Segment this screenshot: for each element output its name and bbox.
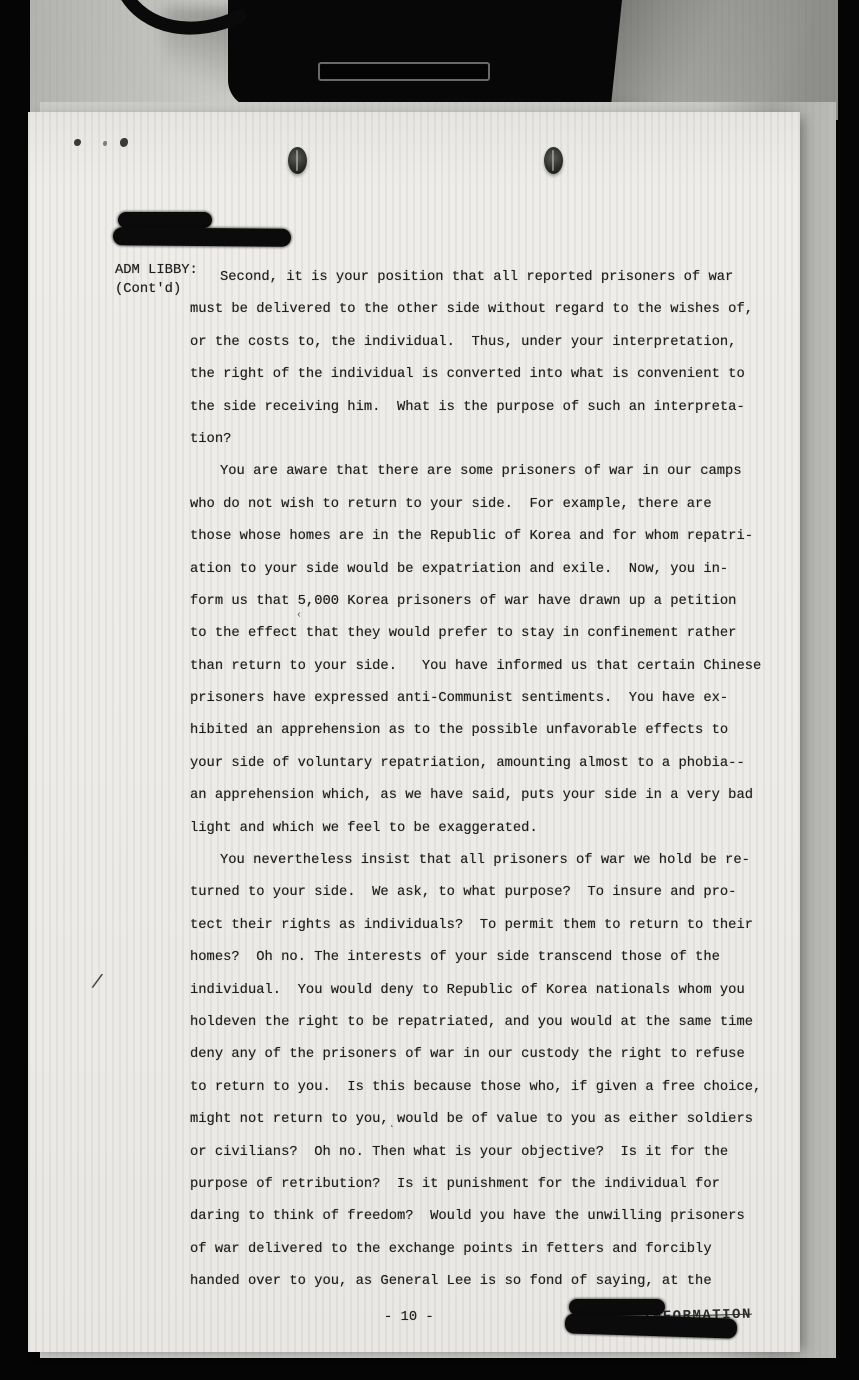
typed-line: prisoners have expressed anti-Communist … xyxy=(190,683,790,715)
redaction-bar-top-2 xyxy=(113,227,291,247)
typed-line: the side receiving him. What is the purp… xyxy=(190,392,790,424)
typed-line: those whose homes are in the Republic of… xyxy=(190,521,790,553)
typed-paragraph: You nevertheless insist that all prisone… xyxy=(190,845,790,1298)
stray-mark: ‹ xyxy=(296,610,302,621)
typed-line: light and which we feel to be exaggerate… xyxy=(190,813,790,845)
typed-line: homes? Oh no. The interests of your side… xyxy=(190,942,790,974)
speaker-continued: (Cont'd) xyxy=(115,282,181,297)
typed-line: to return to you. Is this because those … xyxy=(190,1072,790,1104)
typed-line: of war delivered to the exchange points … xyxy=(190,1234,790,1266)
machine-handle-slot xyxy=(318,62,490,81)
typed-line: must be delivered to the other side with… xyxy=(190,294,790,326)
machine-silhouette xyxy=(228,0,568,108)
stray-mark: ˛ xyxy=(389,1118,395,1129)
typed-line: the right of the individual is converted… xyxy=(190,359,790,391)
page-number: - 10 - xyxy=(384,1310,434,1325)
typed-line: might not return to you, would be of val… xyxy=(190,1104,790,1136)
typed-line: or civilians? Oh no. Then what is your o… xyxy=(190,1137,790,1169)
machine-cable xyxy=(110,0,260,42)
typed-line: hibited an apprehension as to the possib… xyxy=(190,715,790,747)
redaction-bar-bottom-1 xyxy=(569,1299,665,1315)
typed-line: You nevertheless insist that all prisone… xyxy=(190,845,790,877)
typed-line: an apprehension which, as we have said, … xyxy=(190,780,790,812)
typed-line: ation to your side would be expatriation… xyxy=(190,554,790,586)
speaker-label: ADM LIBBY:(Cont'd) xyxy=(115,261,198,299)
typed-paragraph: You are aware that there are some prison… xyxy=(190,456,790,845)
margin-slash-mark: / xyxy=(89,971,104,995)
paper-fastener-right xyxy=(544,147,563,174)
typed-line: You are aware that there are some prison… xyxy=(190,456,790,488)
typed-line: your side of voluntary repatriation, amo… xyxy=(190,748,790,780)
typed-line: handed over to you, as General Lee is so… xyxy=(190,1266,790,1298)
typed-line: Second, it is your position that all rep… xyxy=(190,262,790,294)
typed-line: turned to your side. We ask, to what pur… xyxy=(190,877,790,909)
typed-line: daring to think of freedom? Would you ha… xyxy=(190,1201,790,1233)
typed-line: tect their rights as individuals? To per… xyxy=(190,910,790,942)
typed-line: or the costs to, the individual. Thus, u… xyxy=(190,327,790,359)
typed-paragraph: Second, it is your position that all rep… xyxy=(190,262,790,456)
typed-line: form us that 5,000 Korea prisoners of wa… xyxy=(190,586,790,618)
typed-line: individual. You would deny to Republic o… xyxy=(190,975,790,1007)
redaction-bar-bottom-2 xyxy=(565,1313,738,1338)
scanned-document-photo: ADM LIBBY:(Cont'd) Second, it is your po… xyxy=(0,0,859,1380)
paper-fastener-left xyxy=(288,147,307,174)
text-column: Second, it is your position that all rep… xyxy=(190,262,790,1299)
typed-line: tion? xyxy=(190,424,790,456)
stray-mark xyxy=(74,139,81,146)
stray-mark xyxy=(103,141,107,146)
typed-line: holdeven the right to be repatriated, an… xyxy=(190,1007,790,1039)
typed-line: to the effect that they would prefer to … xyxy=(190,618,790,650)
speaker-name: ADM LIBBY: xyxy=(115,263,198,278)
typed-line: who do not wish to return to your side. … xyxy=(190,489,790,521)
stray-mark xyxy=(120,138,128,147)
redaction-bar-top-1 xyxy=(118,212,212,228)
typed-line: deny any of the prisoners of war in our … xyxy=(190,1039,790,1071)
typed-line: than return to your side. You have infor… xyxy=(190,651,790,683)
document-page: ADM LIBBY:(Cont'd) Second, it is your po… xyxy=(28,112,800,1352)
typed-line: purpose of retribution? Is it punishment… xyxy=(190,1169,790,1201)
